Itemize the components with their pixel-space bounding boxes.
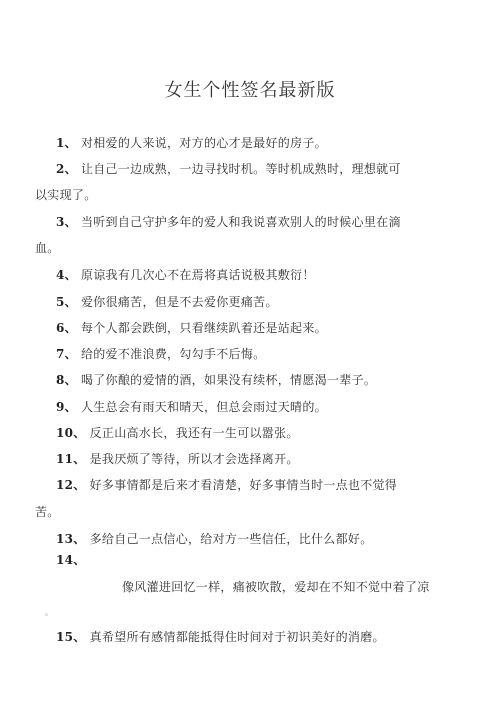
item-number: 5、 [56,295,77,309]
item-number: 13、 [56,532,86,546]
item-text: 真希望所有感情都能抵得住时间对于初识美好的消磨。 [90,630,385,644]
item-text: 好多事情都是后来才看清楚，好多事情当时一点也不觉得 [90,478,398,492]
item-text: 当听到自己守护多年的爱人和我说喜欢别人的时候心里在滴 [81,215,401,229]
item-text: 原谅我有几次心不在焉将真话说极其敷衍！ [81,268,315,282]
list-item-2-continuation: 以实现了。 [35,186,97,203]
item-number: 12、 [56,478,86,492]
list-item-5: 5、爱你很痛苦，但是不去爱你更痛苦。 [56,293,278,310]
list-item-9: 9、人生总会有雨天和晴天，但总会雨过天晴的。 [56,398,327,415]
item-text: 让自己一边成熟，一边寻找时机。等时机成熟时，理想就可 [81,162,401,176]
list-item-3-continuation: 血。 [35,239,60,256]
list-item-12-continuation: 苦。 [35,503,60,520]
item-text: 每个人都会跌倒，只看继续趴着还是站起来。 [81,321,327,335]
item-text: 是我厌烦了等待，所以才会选择离开。 [90,452,299,466]
item-number: 4、 [56,268,77,282]
item-number: 1、 [56,136,77,150]
item-text: 人生总会有雨天和晴天，但总会雨过天晴的。 [81,400,327,414]
item-number: 8、 [56,373,77,387]
list-item-10: 10、反正山高水长，我还有一生可以嚣张。 [56,424,299,441]
item-number: 15、 [56,630,86,644]
document-page: 女生个性签名最新版 1、对相爱的人来说，对方的心才是最好的房子。 2、让自己一边… [0,0,500,708]
list-item-8: 8、喝了你酿的爱情的酒，如果没有续杯，情愿渴一辈子。 [56,371,376,388]
item-number: 11、 [56,452,86,466]
item-number: 7、 [56,347,77,361]
list-item-3: 3、当听到自己守护多年的爱人和我说喜欢别人的时候心里在滴 [56,213,401,230]
item-text: 对相爱的人来说，对方的心才是最好的房子。 [81,136,327,150]
list-item-13: 13、多给自己一点信心，给对方一些信任，比什么都好。 [56,530,373,547]
list-item-6: 6、每个人都会跌倒，只看继续趴着还是站起来。 [56,319,327,336]
document-title: 女生个性签名最新版 [0,76,500,102]
item-number: 14、 [56,553,86,567]
item-text: 爱你很痛苦，但是不去爱你更痛苦。 [81,295,278,309]
list-item-15: 15、真希望所有感情都能抵得住时间对于初识美好的消磨。 [56,628,385,645]
item-number: 2、 [56,162,77,176]
list-item-7: 7、给的爱不准浪费，勾勾手不后悔。 [56,345,265,362]
list-item-11: 11、是我厌烦了等待，所以才会选择离开。 [56,450,299,467]
item-number: 9、 [56,400,77,414]
list-item-14-continuation: 。 [45,607,53,618]
item-text: 反正山高水长，我还有一生可以嚣张。 [90,426,299,440]
item-text: 给的爱不准浪费，勾勾手不后悔。 [81,347,266,361]
list-item-2: 2、让自己一边成熟，一边寻找时机。等时机成熟时，理想就可 [56,160,401,177]
list-item-4: 4、原谅我有几次心不在焉将真话说极其敷衍！ [56,266,315,283]
item-text: 多给自己一点信心，给对方一些信任，比什么都好。 [90,532,373,546]
item-number: 3、 [56,215,77,229]
item-number: 10、 [56,426,86,440]
list-item-12: 12、好多事情都是后来才看清楚，好多事情当时一点也不觉得 [56,476,397,493]
item-number: 6、 [56,321,77,335]
list-item-14: 14、 [56,551,90,568]
list-item-1: 1、对相爱的人来说，对方的心才是最好的房子。 [56,134,327,151]
list-item-14-subline: 像风灌进回忆一样，痛被吹散，爱却在不知不觉中着了凉 [122,578,430,595]
item-text: 喝了你酿的爱情的酒，如果没有续杯，情愿渴一辈子。 [81,373,376,387]
